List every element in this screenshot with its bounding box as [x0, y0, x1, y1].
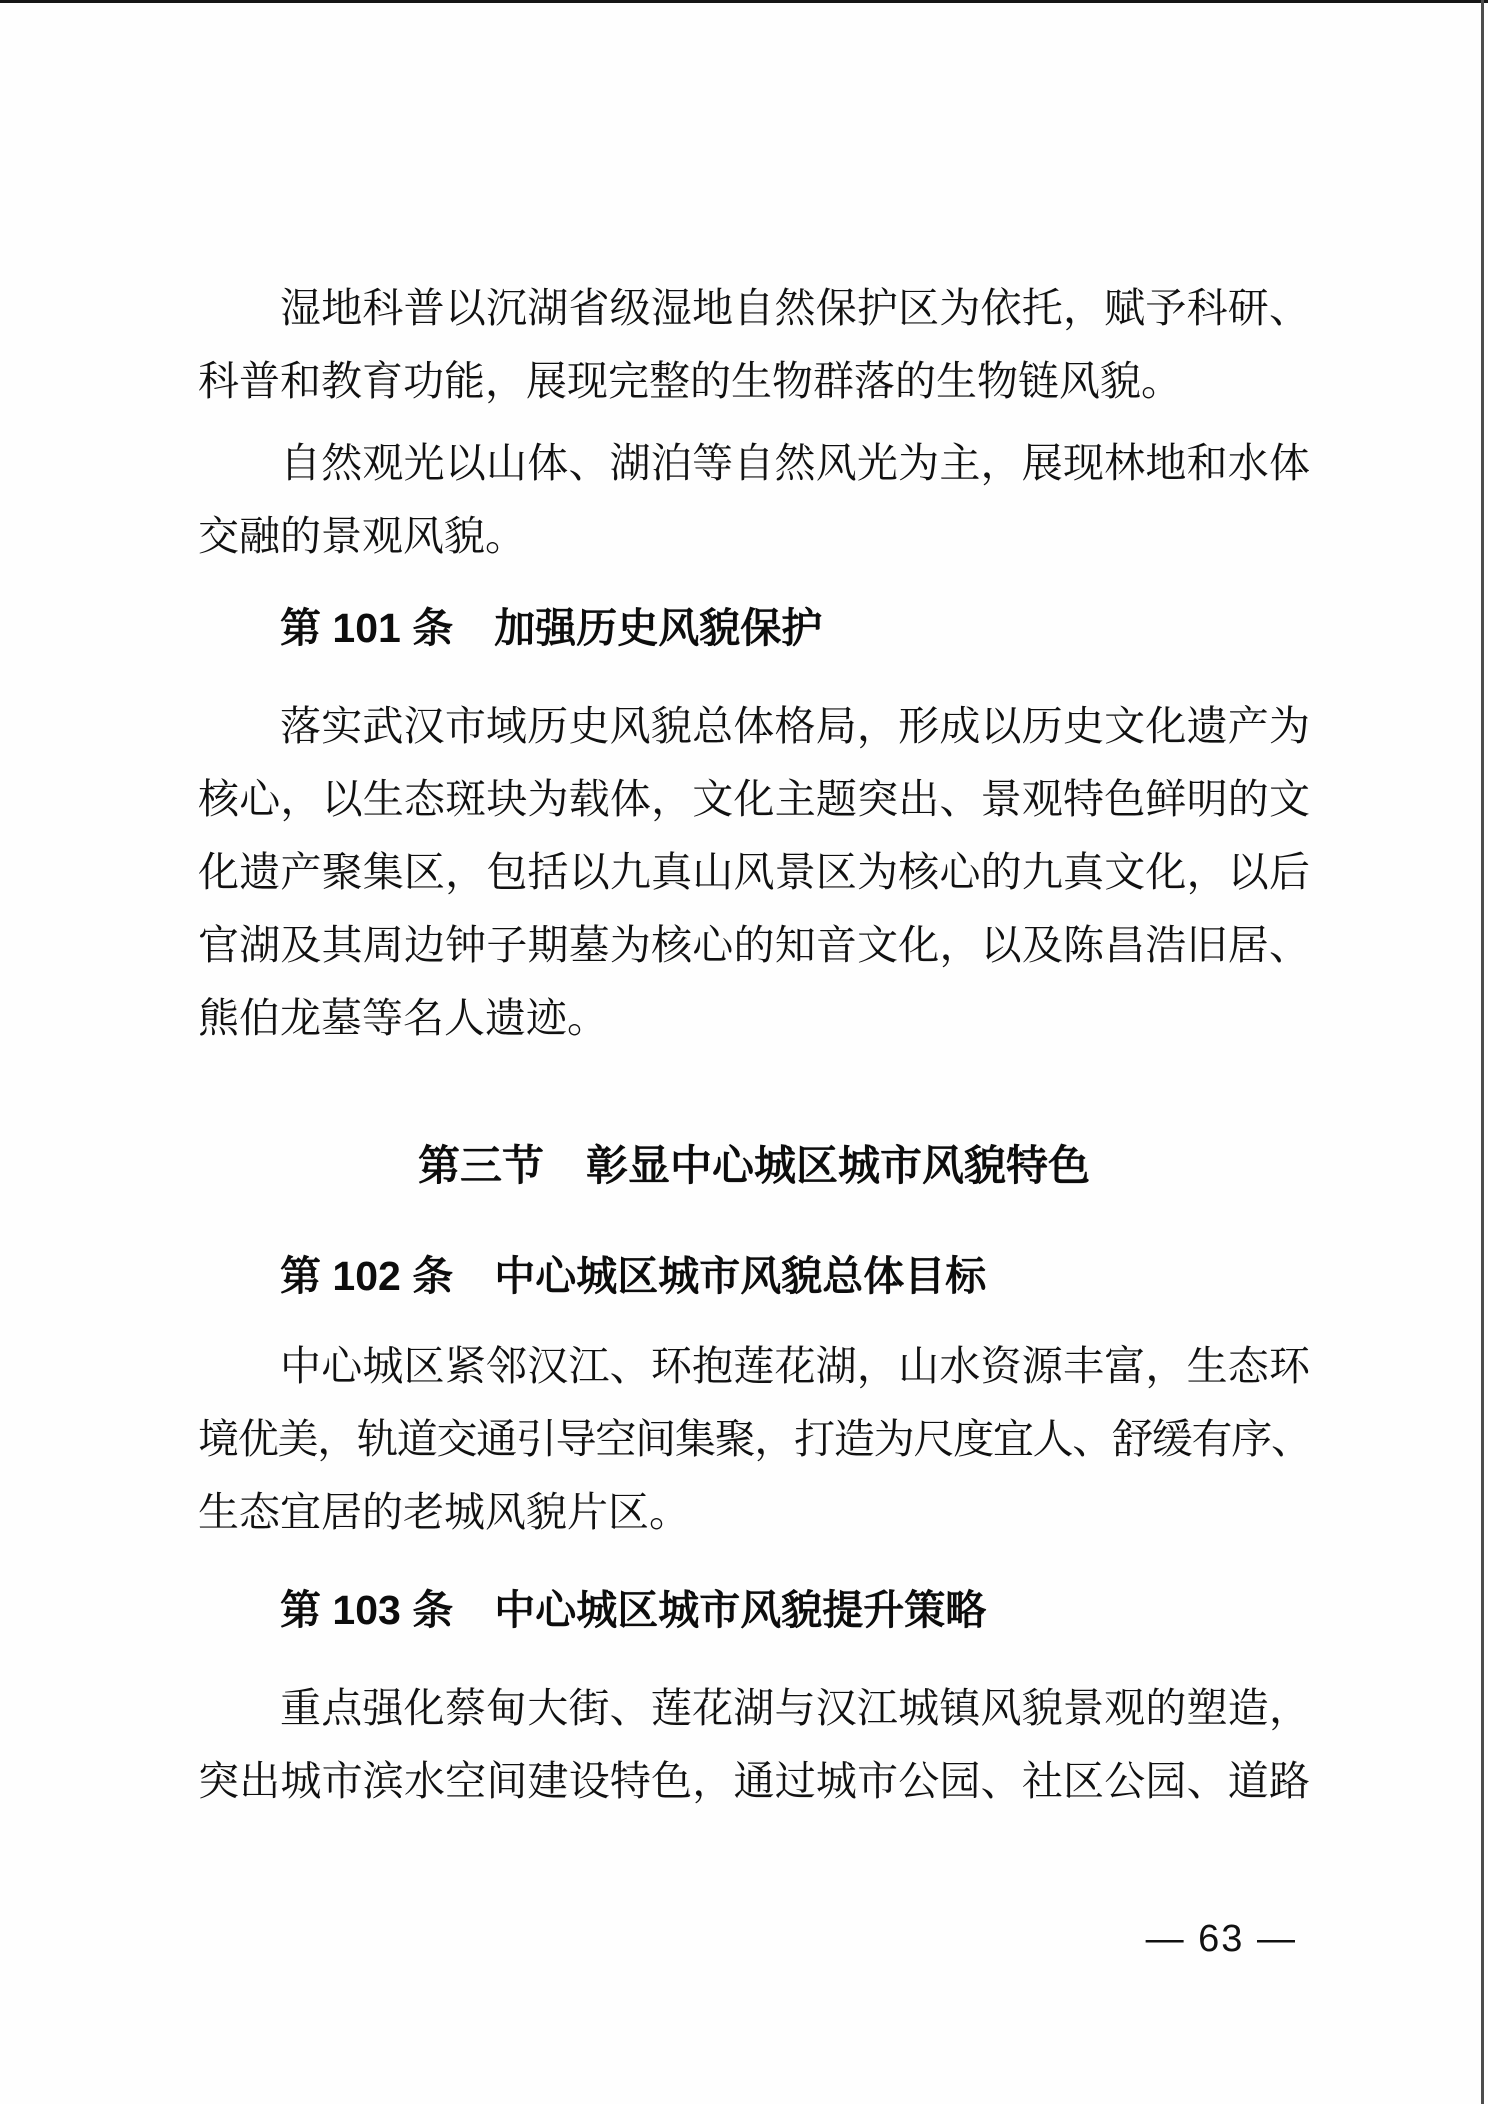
text-line: 中心城区紧邻汉江、环抱莲花湖，山水资源丰富，生态环: [198, 1330, 1310, 1403]
text-line: 科普和教育功能，展现完整的生物群落的生物链风貌。: [198, 345, 1310, 418]
text-line: 核心，以生态斑块为载体，文化主题突出、景观特色鲜明的文: [198, 763, 1310, 836]
text-line: 自然观光以山体、湖泊等自然风光为主，展现林地和水体: [198, 427, 1310, 500]
paragraph-enhancement-strategy: 重点强化蔡甸大街、莲花湖与汉江城镇风貌景观的塑造， 突出城市滨水空间建设特色，通…: [198, 1672, 1310, 1818]
article-102-heading: 第 102 条 中心城区城市风貌总体目标: [280, 1240, 986, 1313]
section-3-heading: 第三节 彰显中心城区城市风貌特色: [198, 1129, 1310, 1202]
text-line: 湿地科普以沉湖省级湿地自然保护区为依托，赋予科研、: [198, 272, 1310, 345]
paragraph-historic-landscape: 落实武汉市域历史风貌总体格局，形成以历史文化遗产为 核心，以生态斑块为载体，文化…: [198, 690, 1310, 1055]
paragraph-wetland-science: 湿地科普以沉湖省级湿地自然保护区为依托，赋予科研、 科普和教育功能，展现完整的生…: [198, 272, 1310, 418]
document-page: 湿地科普以沉湖省级湿地自然保护区为依托，赋予科研、 科普和教育功能，展现完整的生…: [0, 0, 1488, 2104]
text-line: 官湖及其周边钟子期墓为核心的知音文化，以及陈昌浩旧居、: [198, 909, 1310, 982]
text-line: 交融的景观风貌。: [198, 500, 1310, 573]
article-103-heading: 第 103 条 中心城区城市风貌提升策略: [280, 1574, 986, 1647]
page-right-edge-line: [1481, 0, 1484, 2104]
paragraph-natural-sightseeing: 自然观光以山体、湖泊等自然风光为主，展现林地和水体 交融的景观风貌。: [198, 427, 1310, 573]
page-number: — 63 —: [1146, 1917, 1297, 1961]
text-line: 境优美，轨道交通引导空间集聚，打造为尺度宜人、舒缓有序、: [198, 1403, 1310, 1476]
article-101-heading: 第 101 条 加强历史风貌保护: [280, 592, 822, 665]
text-line: 落实武汉市域历史风貌总体格局，形成以历史文化遗产为: [198, 690, 1310, 763]
text-line: 突出城市滨水空间建设特色，通过城市公园、社区公园、道路: [198, 1745, 1310, 1818]
text-line: 重点强化蔡甸大街、莲花湖与汉江城镇风貌景观的塑造，: [198, 1672, 1310, 1745]
paragraph-central-district-goal: 中心城区紧邻汉江、环抱莲花湖，山水资源丰富，生态环 境优美，轨道交通引导空间集聚…: [198, 1330, 1310, 1549]
text-line: 生态宜居的老城风貌片区。: [198, 1476, 1310, 1549]
text-line: 熊伯龙墓等名人遗迹。: [198, 982, 1310, 1055]
page-top-edge-line: [0, 0, 1488, 3]
text-line: 化遗产聚集区，包括以九真山风景区为核心的九真文化，以后: [198, 836, 1310, 909]
